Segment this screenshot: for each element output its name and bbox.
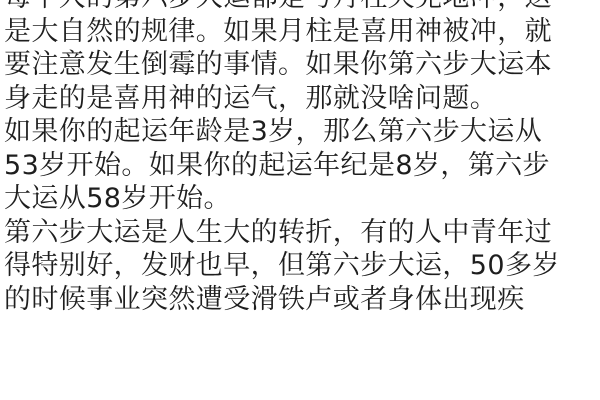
text-line: 每个人的第六步大运都是与月柱天克地冲，这 [4,0,600,15]
text-line: 身走的是喜用神的运气，那就没啥问题。 [4,82,600,116]
text-line: 要注意发生倒霉的事情。如果你第六步大运本 [4,48,600,82]
text-line: 53岁开始。如果你的起运年纪是8岁，第六步 [4,149,600,183]
text-line: 的时候事业突然遭受滑铁卢或者身体出现疾 [4,283,600,317]
text-line: 得特别好，发财也早，但第六步大运，50多岁 [4,249,600,283]
text-line: 第六步大运是人生大的转折，有的人中青年过 [4,216,600,250]
text-line: 大运从58岁开始。 [4,182,600,216]
article-text: 每个人的第六步大运都是与月柱天克地冲，这 是大自然的规律。如果月柱是喜用神被冲，… [4,0,600,316]
text-line: 如果你的起运年龄是3岁，那么第六步大运从 [4,115,600,149]
text-line: 是大自然的规律。如果月柱是喜用神被冲，就 [4,15,600,49]
